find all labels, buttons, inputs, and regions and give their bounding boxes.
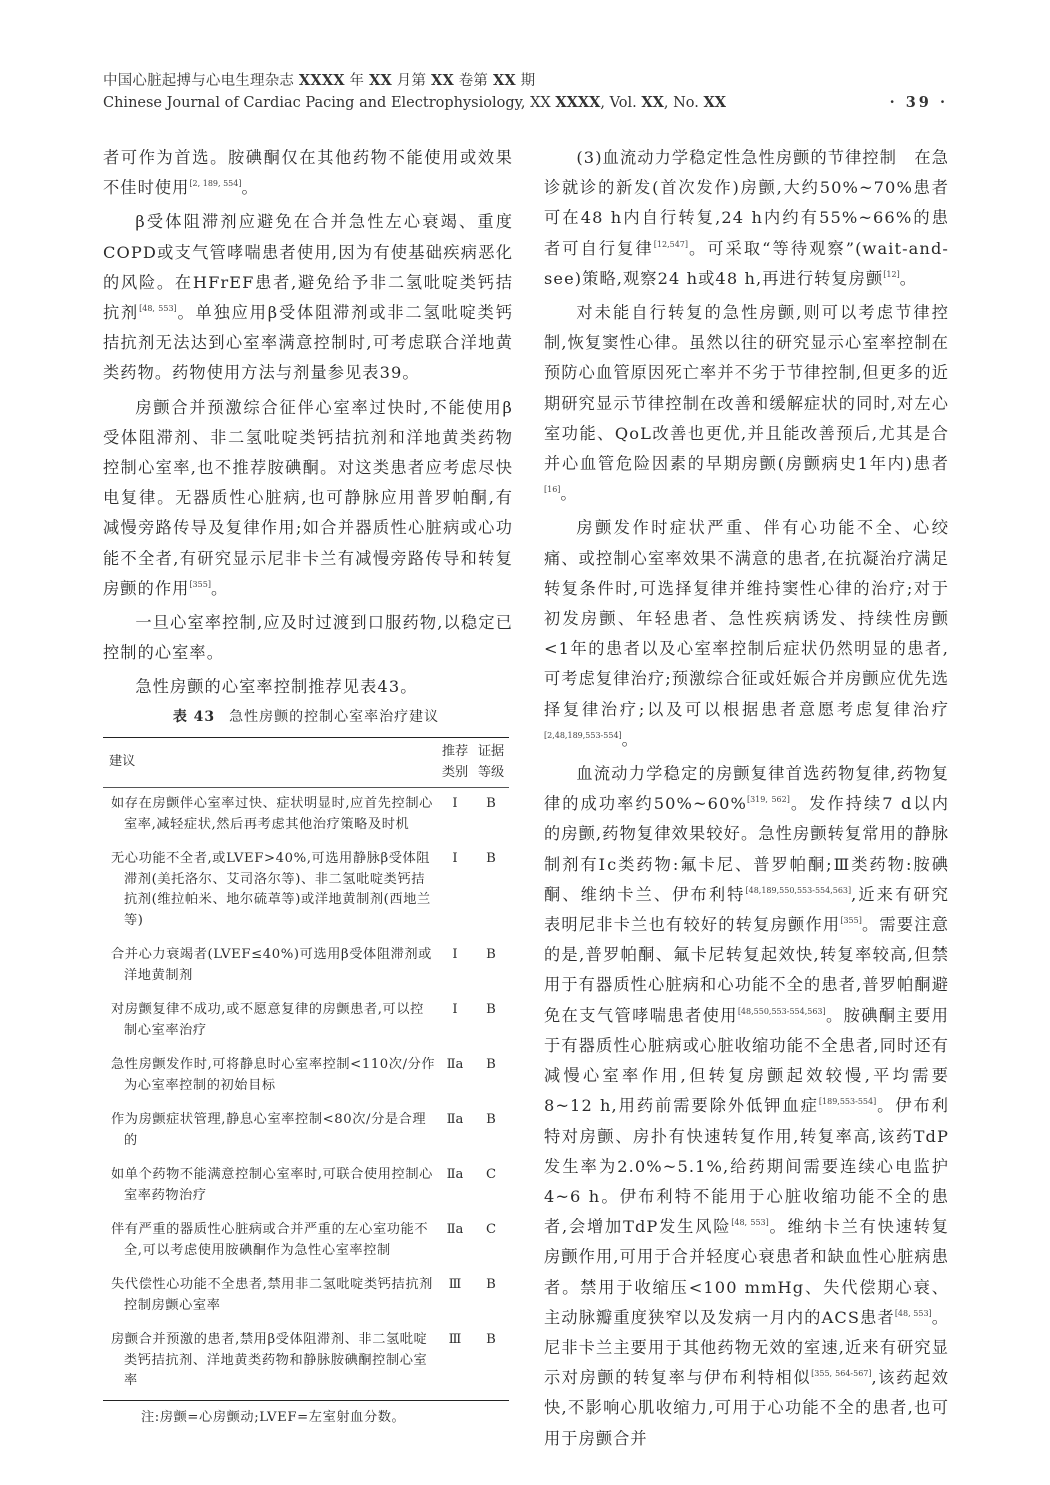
paragraph: 一旦心室率控制,应及时过渡到口服药物,以稳定已控制的心室率。 — [103, 608, 513, 668]
cell-class: Ⅲ — [437, 1269, 473, 1324]
table-label: 表 43 — [173, 709, 215, 725]
table-row: 如存在房颤伴心室率过快、症状明显时,应首先控制心室率,减轻症状,然后再考虑其他治… — [103, 788, 509, 844]
page-number: · 39 · — [890, 92, 948, 114]
cell-level: B — [473, 1049, 509, 1104]
text: 。单独应用β受体阻滞剂或非二氢吡啶类钙拮抗剂无法达到心室率满意控制时,可考虑联合… — [103, 303, 513, 382]
cell-class: Ⅱa — [437, 1214, 473, 1269]
table-note: 注:房颤=心房颤动;LVEF=左室射血分数。 — [103, 1407, 509, 1429]
month: XX — [369, 72, 392, 89]
cell-class: Ⅱa — [437, 1049, 473, 1104]
table-row: 房颤合并预激的患者,禁用β受体阻滞剂、非二氢吡啶类钙拮抗剂、洋地黄类药物和静脉胺… — [103, 1324, 509, 1400]
header-recommendation: 建议 — [103, 738, 437, 788]
cell-recommendation: 如单个药物不能满意控制心室率时,可联合使用控制心室率药物治疗 — [111, 1165, 437, 1206]
journal-citation-en: Chinese Journal of Cardiac Pacing and El… — [103, 92, 726, 114]
cell-level: B — [473, 1269, 509, 1324]
text: 。伊布利特对房颤、房扑有快速转复作用,转复率高,该药TdP发生率为2.0%~5.… — [544, 1096, 949, 1236]
citation: [2, 189, 554] — [189, 179, 241, 188]
text: 。 — [241, 178, 258, 197]
text: 。 — [900, 269, 917, 288]
text: 。 — [211, 579, 228, 598]
citation: [355] — [840, 916, 862, 925]
cell-recommendation: 如存在房颤伴心室率过快、症状明显时,应首先控制心室率,减轻症状,然后再考虑其他治… — [111, 794, 437, 835]
citation: [2,48,189,553-554] — [544, 731, 622, 740]
no-label: , No. — [664, 95, 699, 111]
paragraph: (3)血流动力学稳定性急性房颤的节律控制 在急诊就诊的新发(首次发作)房颤,大约… — [544, 143, 949, 294]
paragraph: 急性房颤的心室率控制推荐见表43。 — [103, 672, 513, 702]
header-class: 推荐类别 — [437, 738, 473, 788]
table-row: 如单个药物不能满意控制心室率时,可联合使用控制心室率药物治疗ⅡaC — [103, 1159, 509, 1214]
en-vol: XX — [641, 94, 664, 111]
journal-title-en: Chinese Journal of Cardiac Pacing and El… — [103, 92, 948, 114]
table-row: 失代偿性心功能不全患者,禁用非二氢吡啶类钙拮抗剂控制房颤心室率ⅢB — [103, 1269, 509, 1324]
cell-recommendation: 合并心力衰竭者(LVEF≤40%)可选用β受体阻滞剂或洋地黄制剂 — [111, 945, 437, 986]
cell-level: B — [473, 1324, 509, 1400]
paragraph: 房颤合并预激综合征伴心室率过快时,不能使用β受体阻滞剂、非二氢吡啶类钙拮抗剂和洋… — [103, 393, 513, 604]
paragraph: β受体阻滞剂应避免在合并急性左心衰竭、重度COPD或支气管哮喘患者使用,因为有使… — [103, 207, 513, 388]
journal-title-cn: 中国心脏起搏与心电生理杂志 XXXX 年 XX 月第 XX 卷第 XX 期 — [103, 70, 948, 92]
month-suffix: 月第 — [397, 73, 426, 89]
journal-name-en: Chinese Journal of Cardiac Pacing and El… — [103, 95, 551, 111]
cell-level: B — [473, 788, 509, 844]
cell-class: Ⅰ — [437, 788, 473, 844]
table-title: 急性房颤的控制心室率治疗建议 — [229, 709, 439, 725]
citation: [48,550,553-554,563] — [738, 1007, 826, 1016]
text: 一旦心室率控制,应及时过渡到口服药物,以稳定已控制的心室率。 — [103, 613, 513, 662]
citation: [319, 562] — [747, 795, 790, 804]
cell-level: B — [473, 939, 509, 994]
header-level: 证据等级 — [473, 738, 509, 788]
text: 房颤发作时症状严重、伴有心功能不全、心绞痛、或控制心室率效果不满意的患者,在抗凝… — [544, 518, 949, 718]
cell-class: Ⅰ — [437, 939, 473, 994]
issue: XX — [493, 72, 516, 89]
table-row: 无心功能不全者,或LVEF>40%,可选用静脉β受体阻滞剂(美托洛尔、艾司洛尔等… — [103, 843, 509, 939]
table-row: 对房颤复律不成功,或不愿意复律的房颤患者,可以控制心室率治疗ⅠB — [103, 994, 509, 1049]
citation: [355, 564-567] — [811, 1369, 871, 1378]
table-row: 伴有严重的器质性心脏病或合并严重的左心室功能不全,可以考虑使用胺碘酮作为急性心室… — [103, 1214, 509, 1269]
text: 者可作为首选。胺碘酮仅在其他药物不能使用或效果不佳时使用 — [103, 148, 513, 197]
cell-level: C — [473, 1214, 509, 1269]
cell-class: Ⅱa — [437, 1159, 473, 1214]
citation: [16] — [544, 485, 560, 494]
citation: [48, 553] — [731, 1218, 769, 1227]
paragraph: 者可作为首选。胺碘酮仅在其他药物不能使用或效果不佳时使用[2, 189, 554… — [103, 143, 513, 203]
cell-class: Ⅲ — [437, 1324, 473, 1400]
cell-class: Ⅱa — [437, 1104, 473, 1159]
text: 对未能自行转复的急性房颤,则可以考虑节律控制,恢复窦性心律。虽然以往的研究显示心… — [544, 303, 949, 473]
issue-suffix: 期 — [521, 73, 536, 89]
text: 。 — [560, 484, 577, 503]
cell-class: Ⅰ — [437, 994, 473, 1049]
journal-name-cn: 中国心脏起搏与心电生理杂志 — [103, 73, 294, 89]
citation: [12,547] — [654, 240, 688, 249]
vol-label: , Vol. — [600, 95, 636, 111]
paragraph: 血流动力学稳定的房颤复律首选药物复律,药物复律的成功率约50%~60%[319,… — [544, 759, 949, 1454]
table-row: 合并心力衰竭者(LVEF≤40%)可选用β受体阻滞剂或洋地黄制剂ⅠB — [103, 939, 509, 994]
year-suffix: 年 — [350, 73, 365, 89]
citation: [48, 553] — [139, 304, 177, 313]
text: 急性房颤的心室率控制推荐见表43。 — [135, 677, 417, 696]
cell-level: C — [473, 1159, 509, 1214]
citation: [48,189,550,553-554,563] — [746, 886, 852, 895]
paragraph: 对未能自行转复的急性房颤,则可以考虑节律控制,恢复窦性心律。虽然以往的研究显示心… — [544, 298, 949, 509]
right-column: (3)血流动力学稳定性急性房颤的节律控制 在急诊就诊的新发(首次发作)房颤,大约… — [544, 143, 949, 1458]
table-header-row: 建议 推荐类别 证据等级 — [103, 738, 509, 788]
left-column: 者可作为首选。胺碘酮仅在其他药物不能使用或效果不佳时使用[2, 189, 554… — [103, 143, 513, 707]
running-header: 中国心脏起搏与心电生理杂志 XXXX 年 XX 月第 XX 卷第 XX 期 Ch… — [103, 70, 948, 114]
table-caption: 表 43急性房颤的控制心室率治疗建议 — [103, 706, 509, 728]
volume: XX — [431, 72, 454, 89]
cell-class: Ⅰ — [437, 843, 473, 939]
citation: [12] — [883, 270, 899, 279]
cell-recommendation: 急性房颤发作时,可将静息时心室率控制<110次/分作为心室率控制的初始目标 — [111, 1055, 437, 1096]
table-43: 表 43急性房颤的控制心室率治疗建议 建议 推荐类别 证据等级 如存在房颤伴心室… — [103, 706, 509, 1429]
citation: [189,553-554] — [819, 1097, 876, 1106]
text: 。 — [622, 730, 639, 749]
text: 房颤合并预激综合征伴心室率过快时,不能使用β受体阻滞剂、非二氢吡啶类钙拮抗剂和洋… — [103, 398, 513, 598]
cell-recommendation: 房颤合并预激的患者,禁用β受体阻滞剂、非二氢吡啶类钙拮抗剂、洋地黄类药物和静脉胺… — [111, 1330, 437, 1392]
recommendation-table: 建议 推荐类别 证据等级 如存在房颤伴心室率过快、症状明显时,应首先控制心室率,… — [103, 737, 509, 1401]
en-year: XXXX — [555, 94, 600, 111]
cell-recommendation: 对房颤复律不成功,或不愿意复律的房颤患者,可以控制心室率治疗 — [111, 1000, 437, 1041]
cell-recommendation: 作为房颤症状管理,静息心室率控制<80次/分是合理的 — [111, 1110, 437, 1151]
cell-level: B — [473, 1104, 509, 1159]
table-row: 急性房颤发作时,可将静息时心室率控制<110次/分作为心室率控制的初始目标ⅡaB — [103, 1049, 509, 1104]
citation: [48, 553] — [895, 1309, 932, 1318]
cell-recommendation: 伴有严重的器质性心脏病或合并严重的左心室功能不全,可以考虑使用胺碘酮作为急性心室… — [111, 1220, 437, 1261]
cell-level: B — [473, 994, 509, 1049]
cell-recommendation: 无心功能不全者,或LVEF>40%,可选用静脉β受体阻滞剂(美托洛尔、艾司洛尔等… — [111, 849, 437, 931]
paragraph: 房颤发作时症状严重、伴有心功能不全、心绞痛、或控制心室率效果不满意的患者,在抗凝… — [544, 513, 949, 755]
table-row: 作为房颤症状管理,静息心室率控制<80次/分是合理的ⅡaB — [103, 1104, 509, 1159]
en-no: XX — [703, 94, 726, 111]
citation: [355] — [189, 580, 211, 589]
cell-recommendation: 失代偿性心功能不全患者,禁用非二氢吡啶类钙拮抗剂控制房颤心室率 — [111, 1275, 437, 1316]
volume-suffix: 卷第 — [459, 73, 488, 89]
year: XXXX — [299, 72, 345, 89]
cell-level: B — [473, 843, 509, 939]
